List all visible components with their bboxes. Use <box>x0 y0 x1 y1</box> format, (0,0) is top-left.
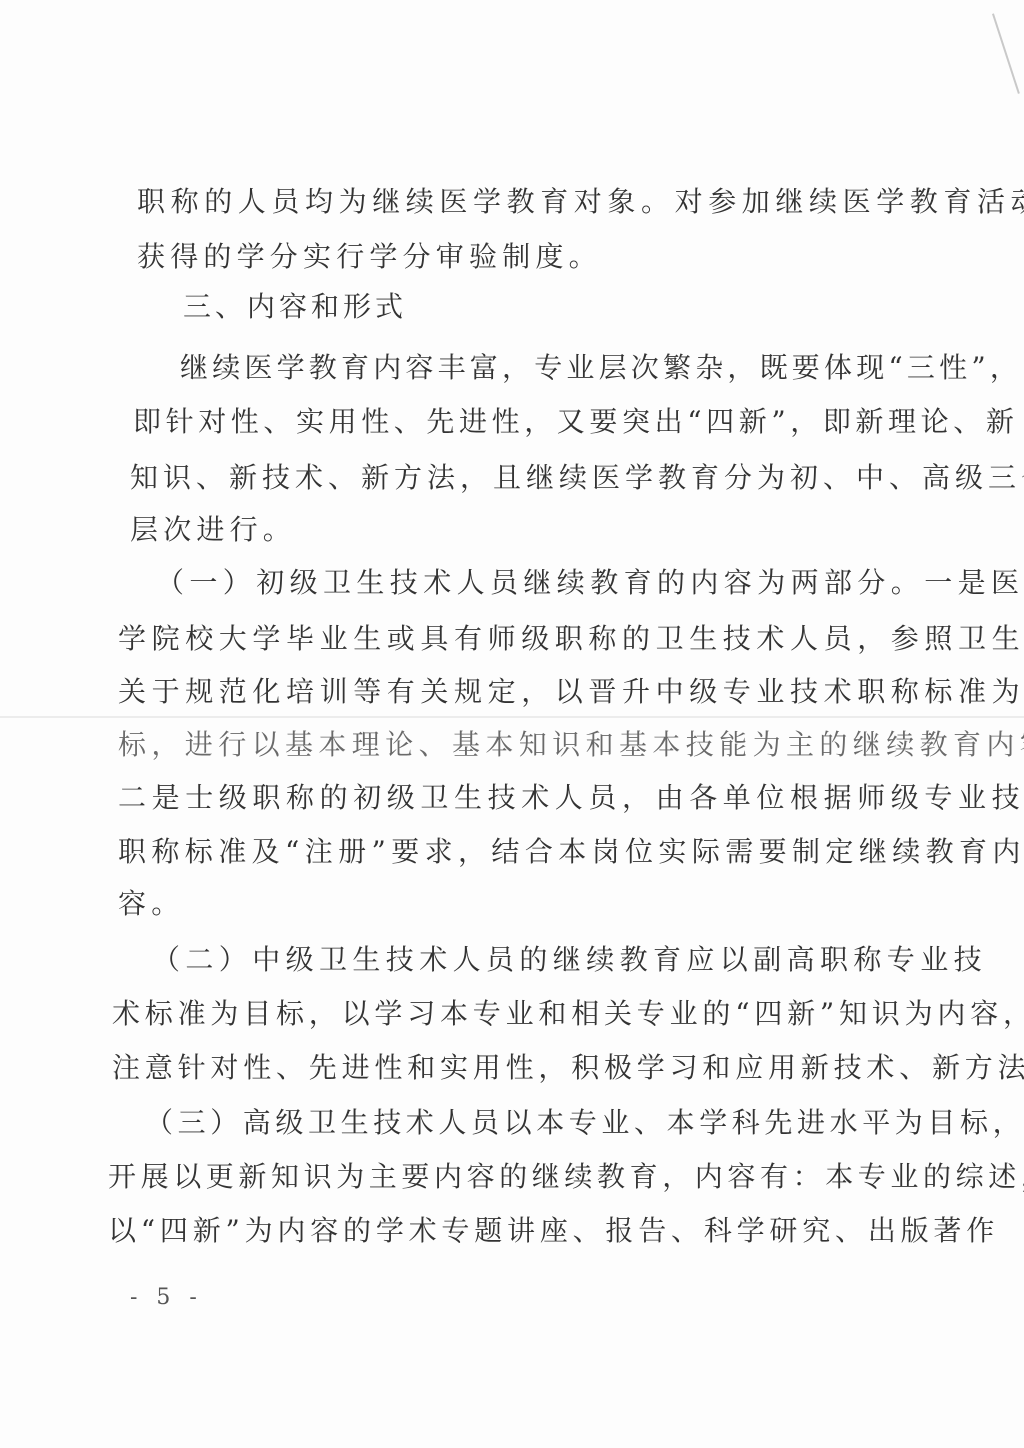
section-heading: 三、内容和形式 <box>183 287 407 327</box>
scan-artifact-band <box>0 716 1024 718</box>
page-number: - 5 - <box>130 1285 203 1310</box>
paragraph-line: （一）初级卫生技术人员继续教育的内容为两部分。一是医 <box>156 563 1024 603</box>
paragraph-line: （三）高级卫生技术人员以本专业、本学科先进水平为目标， <box>145 1103 1024 1143</box>
paragraph-line: 标，进行以基本理论、基本知识和基本技能为主的继续教育内容。 <box>118 725 1024 765</box>
paragraph-line: 容。 <box>118 884 184 924</box>
text-line: 获得的学分实行学分审验制度。 <box>137 237 602 277</box>
paragraph-line: 二是士级职称的初级卫生技术人员，由各单位根据师级专业技术 <box>118 778 1024 818</box>
paragraph-line: 职称标准及“注册”要求，结合本岗位实际需要制定继续教育内 <box>118 832 1024 872</box>
text-line: 职称的人员均为继续医学教育对象。对参加继续医学教育活动所 <box>137 182 1024 222</box>
paragraph-line: 层次进行。 <box>130 510 296 550</box>
paragraph-line: 术标准为目标，以学习本专业和相关专业的“四新”知识为内容， <box>112 994 1024 1034</box>
paragraph-line: 以“四新”为内容的学术专题讲座、报告、科学研究、出版著作 <box>108 1211 999 1251</box>
paragraph-line: 继续医学教育内容丰富，专业层次繁杂，既要体现“三性”， <box>180 348 1022 388</box>
paragraph-line: 注意针对性、先进性和实用性，积极学习和应用新技术、新方法。 <box>112 1048 1024 1088</box>
paragraph-line: 开展以更新知识为主要内容的继续教育，内容有：本专业的综述， <box>108 1157 1024 1197</box>
document-page: 职称的人员均为继续医学教育对象。对参加继续医学教育活动所 获得的学分实行学分审验… <box>0 0 1024 1448</box>
scan-artifact-line <box>992 13 1020 94</box>
paragraph-line: 学院校大学毕业生或具有师级职称的卫生技术人员，参照卫生部 <box>118 619 1024 659</box>
paragraph-line: 即针对性、实用性、先进性，又要突出“四新”，即新理论、新 <box>133 402 1018 442</box>
paragraph-line: （二）中级卫生技术人员的继续教育应以副高职称专业技 <box>152 940 987 980</box>
paragraph-line: 知识、新技术、新方法，且继续医学教育分为初、中、高级三个 <box>130 458 1024 498</box>
paragraph-line: 关于规范化培训等有关规定，以晋升中级专业技术职称标准为目 <box>118 672 1024 712</box>
